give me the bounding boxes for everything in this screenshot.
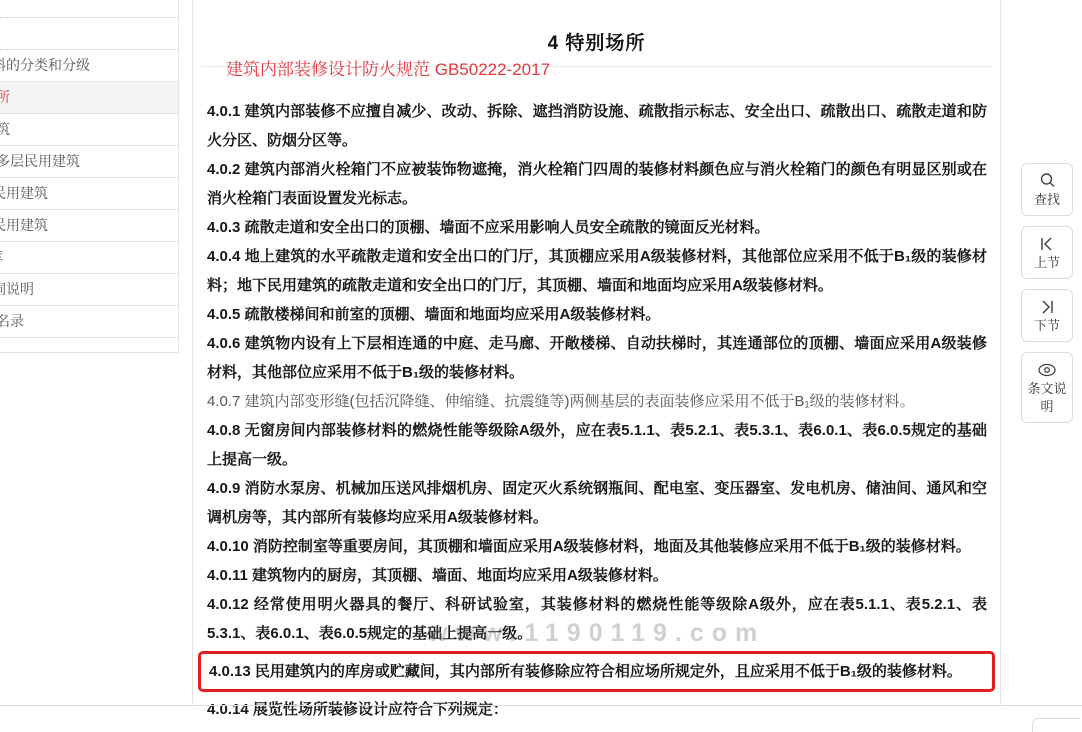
tool-column: 查找 上节 下节 条文说明 <box>1021 163 1073 433</box>
highlight-box-4-0-13: 4.0.13 民用建筑内的库房或贮藏间，其内部所有装修除应符合相应场所规定外，且… <box>198 651 995 692</box>
sidebar-item-standard-list[interactable]: 名录 <box>0 306 178 338</box>
next-section-label: 下节 <box>1024 317 1070 335</box>
sidebar-item-civil-building-2[interactable]: 民用建筑 <box>0 210 178 242</box>
sidebar-item[interactable] <box>0 18 178 50</box>
find-button[interactable]: 查找 <box>1021 163 1073 216</box>
doc-title-link[interactable]: 建筑内部装修设计防火规范 GB50222-2017 <box>226 55 550 80</box>
clause-4-0-4: 4.0.4 地上建筑的水平疏散走道和安全出口的门厅，其顶棚应采用A级装修材料，其… <box>207 242 987 300</box>
clause-4-0-11: 4.0.11 建筑物内的厨房，其顶棚、墙面、地面均应采用A级装修材料。 <box>207 561 987 590</box>
clause-4-0-2: 4.0.2 建筑内部消火栓箱门不应被装饰物遮掩，消火栓箱门四周的装修材料颜色应与… <box>207 155 987 213</box>
chapter-title: 4 特别场所 <box>193 28 1000 55</box>
prev-section-icon <box>1024 234 1070 254</box>
clause-list: 4.0.1 建筑内部装修不应擅自减少、改动、拆除、遮挡消防设施、疏散指示标志、安… <box>207 97 987 724</box>
clause-4-0-6: 4.0.6 建筑物内设有上下层相连通的中庭、走马廊、开敞楼梯、自动扶梯时，其连通… <box>207 329 987 387</box>
partial-panel-corner <box>1032 718 1080 732</box>
clause-4-0-1: 4.0.1 建筑内部装修不应擅自减少、改动、拆除、遮挡消防设施、疏散指示标志、安… <box>207 97 987 155</box>
prev-section-label: 上节 <box>1024 254 1070 272</box>
clause-4-0-7: 4.0.7 建筑内部变形缝(包括沉降缝、伸缩缝、抗震缝等)两侧基层的表面装修应采… <box>207 387 987 416</box>
clause-4-0-12: 4.0.12 经常使用明火器具的餐厅、科研试验室，其装修材料的燃烧性能等级除A级… <box>207 590 987 648</box>
toc-sidebar: 料的分类和分级 所 筑 多层民用建筑 民用建筑 民用建筑 库 词说明 名录 <box>0 0 179 353</box>
sidebar-item-civil-building-1[interactable]: 民用建筑 <box>0 178 178 210</box>
sidebar-item-warehouse[interactable]: 库 <box>0 242 178 274</box>
next-section-button[interactable]: 下节 <box>1021 289 1073 342</box>
prev-section-button[interactable]: 上节 <box>1021 226 1073 279</box>
clause-4-0-8: 4.0.8 无窗房间内部装修材料的燃烧性能等级除A级外，应在表5.1.1、表5.… <box>207 416 987 474</box>
sidebar-item-special-places-active[interactable]: 所 <box>0 82 178 114</box>
next-section-icon <box>1024 297 1070 317</box>
clause-explanation-label: 条文说明 <box>1024 380 1070 416</box>
eye-icon <box>1024 360 1070 380</box>
find-button-label: 查找 <box>1024 191 1070 209</box>
clause-4-0-3: 4.0.3 疏散走道和安全出口的顶棚、墙面不应采用影响人员安全疏散的镜面反光材料… <box>207 213 987 242</box>
clause-4-0-13: 4.0.13 民用建筑内的库房或贮藏间，其内部所有装修除应符合相应场所规定外，且… <box>209 657 984 686</box>
page-bottom-divider <box>0 705 1082 706</box>
clause-4-0-5: 4.0.5 疏散楼梯间和前室的顶棚、墙面和地面均应采用A级装修材料。 <box>207 300 987 329</box>
sidebar-item-multistorey-civil[interactable]: 多层民用建筑 <box>0 146 178 178</box>
sidebar-item-terms-explanation[interactable]: 词说明 <box>0 274 178 306</box>
clause-4-0-14: 4.0.14 展览性场所装修设计应符合下列规定： <box>207 695 987 724</box>
sidebar-item-material-classification[interactable]: 料的分类和分级 <box>0 50 178 82</box>
clause-4-0-10: 4.0.10 消防控制室等重要房间，其顶棚和墙面应采用A级装修材料，地面及其他装… <box>207 532 987 561</box>
clause-4-0-9: 4.0.9 消防水泵房、机械加压送风排烟机房、固定灭火系统钢瓶间、配电室、变压器… <box>207 474 987 532</box>
sidebar-item-building[interactable]: 筑 <box>0 114 178 146</box>
document-pane: 4 特别场所 建筑内部装修设计防火规范 GB50222-2017 4.0.1 建… <box>192 0 1001 705</box>
sidebar-item[interactable] <box>0 0 178 18</box>
clause-explanation-button[interactable]: 条文说明 <box>1021 352 1073 423</box>
search-icon <box>1024 171 1070 191</box>
